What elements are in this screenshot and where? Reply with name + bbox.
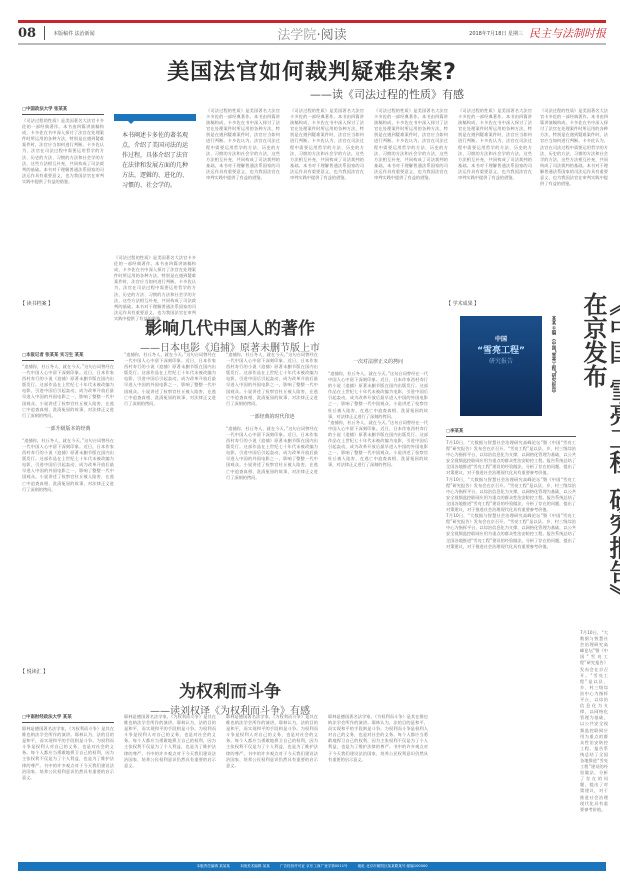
article2-col1: □本报记者 张某某 实习生 某某 “追捕你，杜丘冬人，就在今天。”这句台词曾经在…	[22, 352, 114, 642]
footer-item: 地址 北京市朝阳区某某路某号 邮编100000	[358, 864, 428, 869]
article1-col7: 《司法过程的性质》是美国著名大法官卡多佐的一部经典著作。本书由四篇讲演稿构成，卡…	[540, 108, 608, 278]
section-title-b: ·阅读	[316, 28, 346, 43]
masthead-gray-rule	[18, 43, 606, 45]
article1-pullquote: 本书阐述卡多佐的著名观点，介绍了美国司法的运作过程，具体介绍了法官在法律和发展方…	[114, 121, 196, 201]
article2-col2: “追捕你，杜丘冬人，就在今天。”这句台词曾经在一代中国人心中留下深刻印象。近日，…	[124, 352, 216, 642]
footer-item: 广告经营许可证 京东工商广登字第0011号	[280, 864, 348, 869]
article2-body: “追捕你，杜丘冬人，就在今天。”这句台词曾经在一代中国人心中留下深刻印象。近日，…	[22, 438, 114, 493]
article2-body: “追捕你，杜丘冬人，就在今天。”这句台词曾经在一代中国人心中留下深刻印象。近日，…	[226, 426, 318, 481]
issue-date: 2018年7月18日 星期三	[469, 30, 523, 37]
article2-heading: 影响几代中国人的著作 ——日本电影《追捕》原著未删节版上市	[20, 314, 440, 354]
article2-title: 影响几代中国人的著作	[20, 314, 440, 339]
pullquote-bar	[114, 114, 196, 121]
article4-title: 为权利而斗争	[20, 677, 440, 702]
article3-body: 7月10日，“大数据与智慧社会治理研究高峰论坛”暨《中国“雪亮工程”研究报告》发…	[446, 513, 576, 550]
article2-body: “追捕你，杜丘冬人，就在今天。”这句台词曾经在一代中国人心中留下深刻印象。近日，…	[226, 352, 318, 407]
article1-col2-tail: 《司法过程的性质》是美国著名大法官卡多佐的一部经典著作。本书由四篇讲演稿构成，卡…	[114, 255, 196, 322]
book-meta: 某某 主编 《中国“雪亮工程”研究报告》	[550, 316, 556, 416]
article4-section-tag: 【 悦读汇 】	[20, 668, 48, 675]
book-cover-image: 中国 “雪亮工程” 研究报告	[460, 316, 542, 416]
article1-body: 《司法过程的性质》是美国著名大法官卡多佐的一部经典著作。本书由四篇讲演稿构成，卡…	[22, 118, 104, 185]
article3-body-col: □李某某 7月10日，“大数据与智慧社会治理研究高峰论坛”暨《中国“雪亮工程”研…	[446, 428, 576, 843]
book-cover-line1: 中国	[460, 334, 542, 343]
article3-body: 7月10日，“大数据与智慧社会治理研究高峰论坛”暨《中国“雪亮工程”研究报告》发…	[446, 440, 576, 477]
article4-byline: □中南财经政法大学 某某	[22, 714, 114, 723]
article2-subhead: 一部升级版本的经典	[22, 425, 114, 432]
article4-col1: □中南财经政法大学 某某 耶林是德国著名法学家，《为权利而斗争》是其在维也纳法学…	[22, 714, 114, 854]
newspaper-logo: 民主与法制时报	[529, 25, 606, 41]
newspaper-page: 08 本版稿件 法治新闻 法学院·阅读 2018年7月18日 星期三 民主与法制…	[18, 20, 606, 102]
article2-col4: 一次对法律正义的拷问 “追捕你，杜丘冬人，就在今天。”这句台词曾经在一代中国人心…	[328, 352, 428, 642]
article3-vertical-title: 《中国“雪亮工程”研究报告》在京发布	[580, 292, 620, 622]
article3-body: 7月10日，“大数据与智慧社会治理研究高峰论坛”暨《中国“雪亮工程”研究报告》发…	[446, 477, 576, 514]
article3-body-tail: 7月10日，“大数据与智慧社会治理研究高峰论坛”暨《中国“雪亮工程”研究报告》发…	[580, 630, 608, 845]
article1-subtitle: ——读《司法过程的性质》有感	[168, 86, 606, 102]
book-cover-line2: “雪亮工程”	[460, 343, 542, 356]
article2-col3: “追捕你，杜丘冬人，就在今天。”这句台词曾经在一代中国人心中留下深刻印象。近日，…	[226, 352, 318, 642]
masthead-right: 2018年7月18日 星期三 民主与法制时报	[469, 25, 606, 41]
footer-bar: 本版责任编辑 某某某 本版美术编辑 某某 广告经营许可证 京东工商广登字第001…	[18, 862, 606, 871]
masthead: 08 本版稿件 法治新闻 法学院·阅读 2018年7月18日 星期三 民主与法制…	[18, 23, 606, 43]
article1-byline: □中国政法大学 张某某	[22, 106, 104, 115]
article1-col6: 《司法过程的性质》是美国著名大法官卡多佐的一部经典著作。本书由四篇讲演稿构成，卡…	[458, 108, 532, 278]
footer-item: 本版美术编辑 某某	[240, 864, 270, 869]
article4-heading: 为权利而斗争 ——读刘权译《为权利而斗争》有感	[20, 677, 440, 717]
article3-section-tag: 【 学术成果 】	[446, 300, 479, 307]
article2-body: “追捕你，杜丘冬人，就在今天。”这句台词曾经在一代中国人心中留下深刻印象。近日，…	[328, 371, 428, 420]
article4-col3: 耶林是德国著名法学家，《为权利而斗争》是其在维也纳法学会所作的演讲。耶林认为，法…	[226, 714, 318, 854]
article2-subhead: 一部经典的时代印迹	[226, 413, 318, 420]
article1-col5: 《司法过程的性质》是美国著名大法官卡多佐的一部经典著作。本书由四篇讲演稿构成，卡…	[374, 108, 448, 278]
article2-section-tag: 【 读书档案 】	[20, 300, 53, 307]
article1-col4: 《司法过程的性质》是美国著名大法官卡多佐的一部经典著作。本书由四篇讲演稿构成，卡…	[290, 108, 364, 278]
article1-col1: □中国政法大学 张某某 《司法过程的性质》是美国著名大法官卡多佐的一部经典著作。…	[22, 106, 104, 185]
article4-body: 耶林是德国著名法学家，《为权利而斗争》是其在维也纳法学会所作的演讲。耶林认为，法…	[22, 726, 114, 781]
article2-subhead: 一次对法律正义的拷问	[328, 358, 428, 365]
article1-pullquote-box: 本书阐述卡多佐的著名观点，介绍了美国司法的运作过程，具体介绍了法官在法律和发展方…	[114, 114, 196, 201]
article1-col3: 《司法过程的性质》是美国著名大法官卡多佐的一部经典著作。本书由四篇讲演稿构成，卡…	[206, 108, 280, 278]
article1-title: 美国法官如何裁判疑难杂案?	[18, 55, 606, 86]
book-cover-line3: 研究报告	[460, 356, 542, 365]
section-title-a: 法学院	[277, 28, 316, 43]
article2-byline: □本报记者 张某某 实习生 某某	[22, 352, 114, 361]
article2-body: “追捕你，杜丘冬人，就在今天。”这句台词曾经在一代中国人心中留下深刻印象。近日，…	[328, 420, 428, 469]
article4-col4: 耶林是德国著名法学家，《为权利而斗争》是其在维也纳法学会所作的演讲。耶林认为，法…	[328, 714, 428, 854]
article4-col2: 耶林是德国著名法学家，《为权利而斗争》是其在维也纳法学会所作的演讲。耶林认为，法…	[124, 714, 216, 854]
article3-byline: □李某某	[446, 428, 576, 437]
footer-item: 本版责任编辑 某某某	[196, 864, 230, 869]
article2-body: “追捕你，杜丘冬人，就在今天。”这句台词曾经在一代中国人心中留下深刻印象。近日，…	[22, 364, 114, 419]
